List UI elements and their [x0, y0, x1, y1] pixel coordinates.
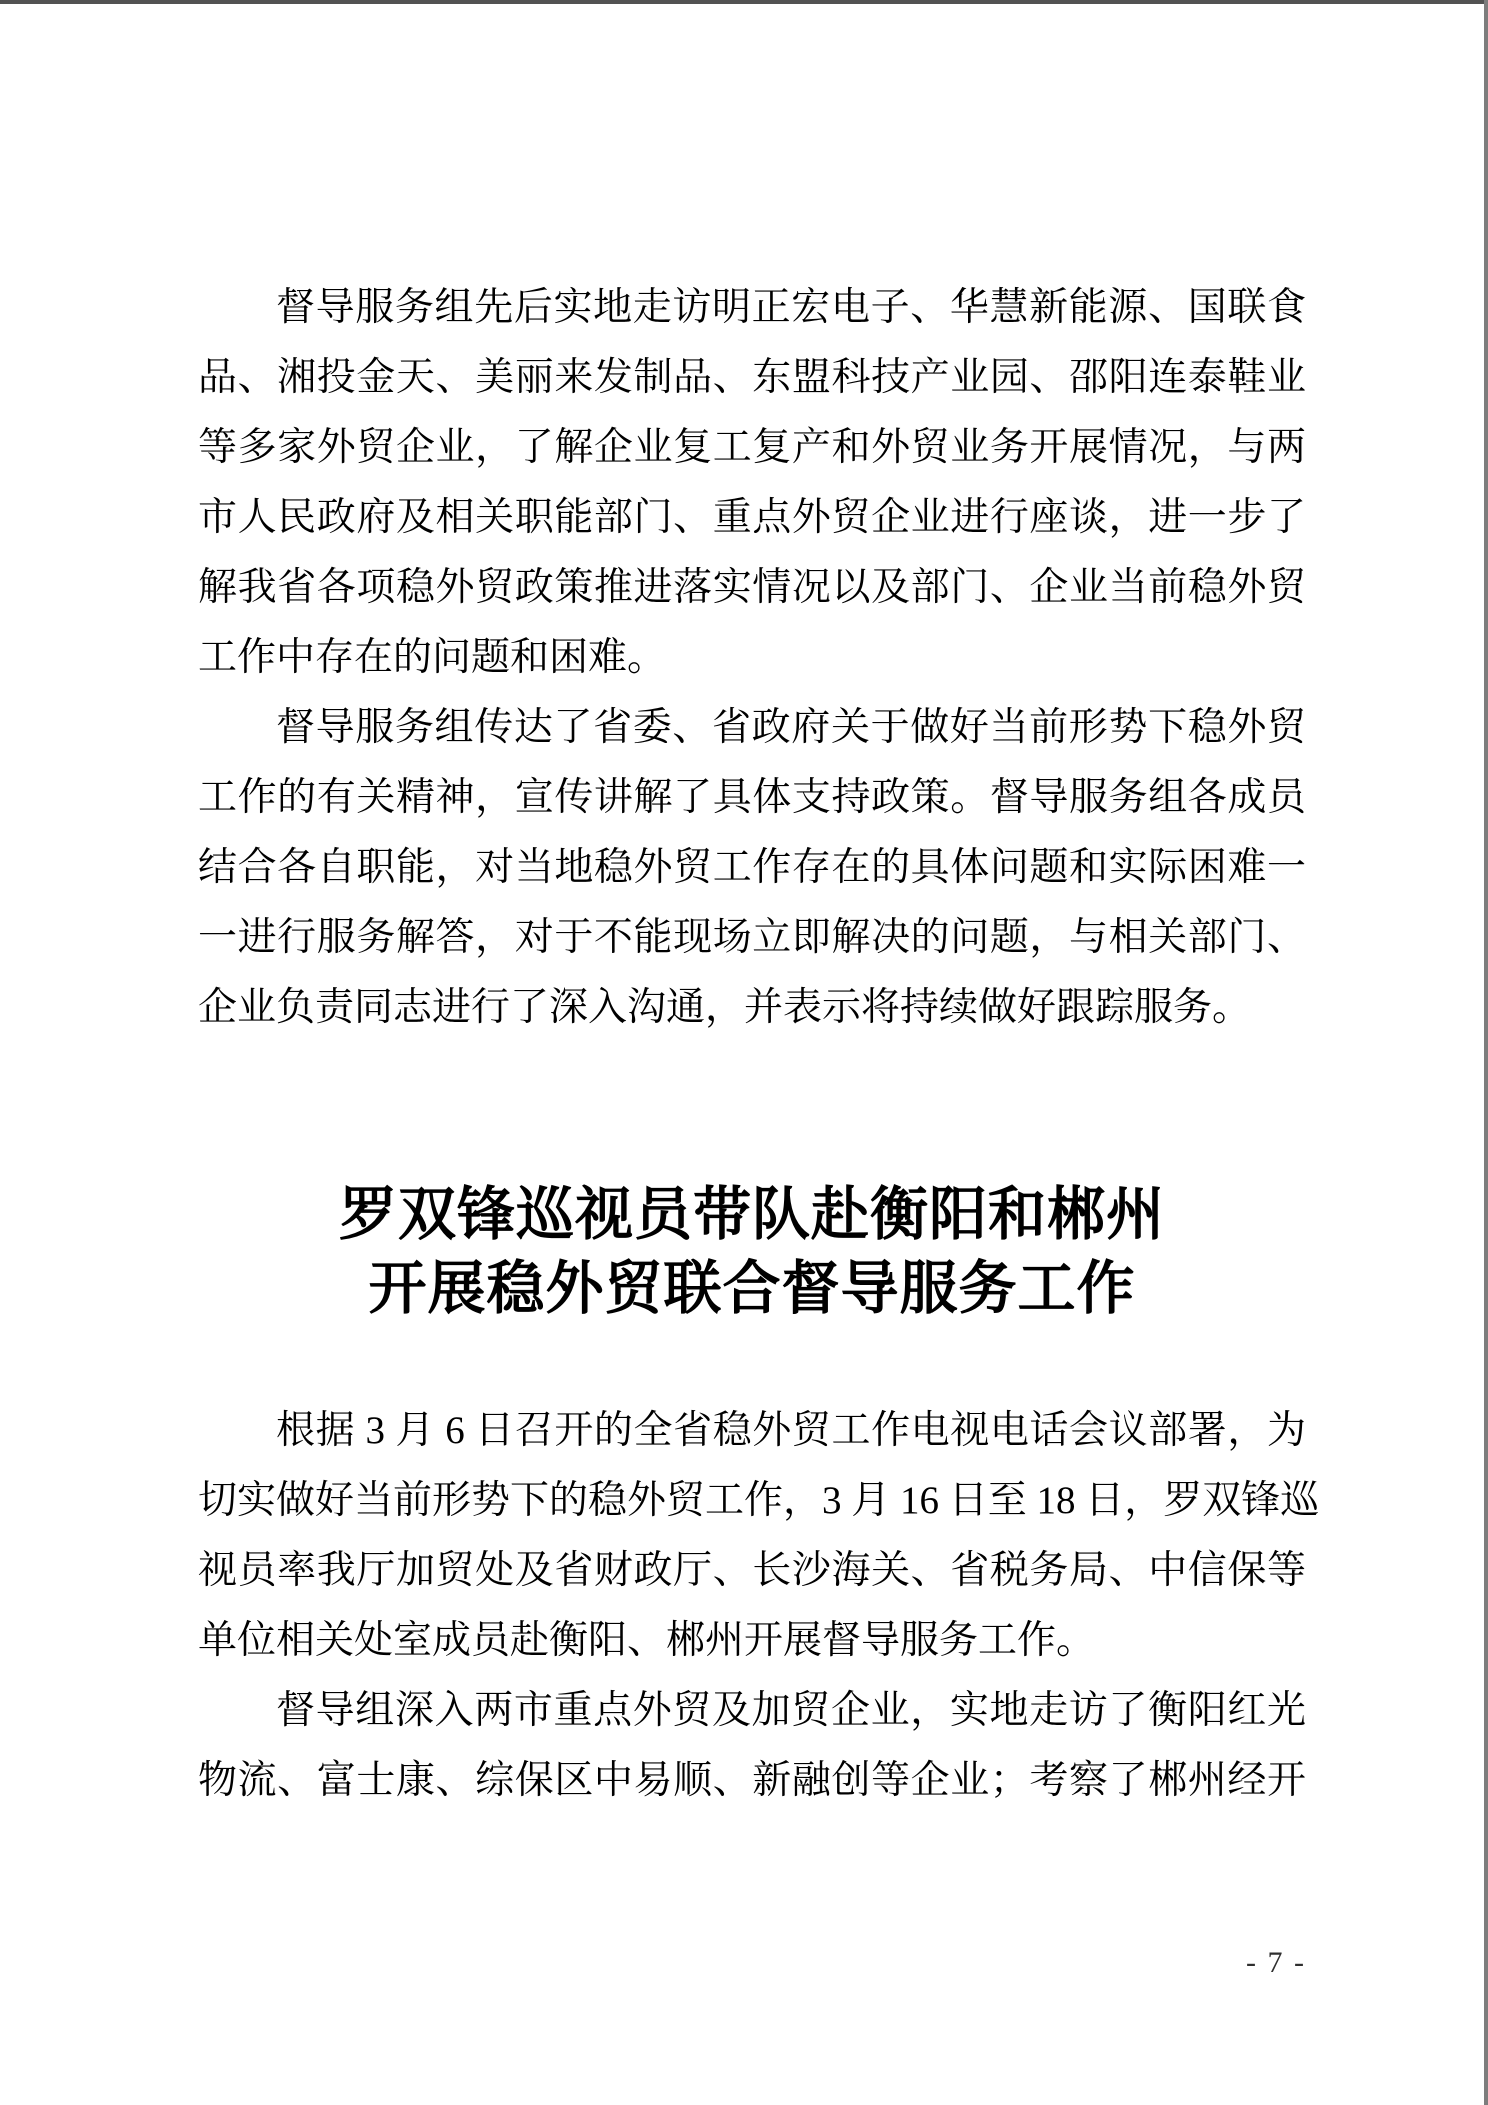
text-line: 工作的有关精神，宣传讲解了具体支持政策。督导服务组各成员	[198, 763, 1306, 833]
text-line: 工作中存在的问题和困难。	[198, 623, 1306, 693]
text-line: 结合各自职能，对当地稳外贸工作存在的具体问题和实际困难一	[198, 833, 1306, 903]
text-line: 单位相关处室成员赴衡阳、郴州开展督导服务工作。	[198, 1606, 1306, 1676]
document-page: 督导服务组先后实地走访明正宏电子、华慧新能源、国联食品、湘投金天、美丽来发制品、…	[0, 0, 1488, 2105]
text-line: 督导服务组传达了省委、省政府关于做好当前形势下稳外贸	[198, 693, 1306, 763]
page-number: - 7 -	[1246, 1948, 1306, 1978]
text-line: 物流、富士康、综保区中易顺、新融创等企业；考察了郴州经开	[198, 1746, 1306, 1816]
article-title-line: 开展稳外贸联合督导服务工作	[198, 1252, 1306, 1326]
text-line: 视员率我厅加贸处及省财政厅、长沙海关、省税务局、中信保等	[198, 1536, 1306, 1606]
page-content: 督导服务组先后实地走访明正宏电子、华慧新能源、国联食品、湘投金天、美丽来发制品、…	[198, 273, 1306, 1816]
body-paragraph: 根据 3 月 6 日召开的全省稳外贸工作电视电话会议部署，为切实做好当前形势下的…	[198, 1396, 1306, 1676]
body-paragraph: 督导服务组传达了省委、省政府关于做好当前形势下稳外贸工作的有关精神，宣传讲解了具…	[198, 693, 1306, 1043]
text-line: 市人民政府及相关职能部门、重点外贸企业进行座谈，进一步了	[198, 483, 1306, 553]
text-line: 一进行服务解答，对于不能现场立即解决的问题，与相关部门、	[198, 903, 1306, 973]
article-body: 根据 3 月 6 日召开的全省稳外贸工作电视电话会议部署，为切实做好当前形势下的…	[198, 1396, 1306, 1816]
article-title-line: 罗双锋巡视员带队赴衡阳和郴州	[198, 1178, 1306, 1252]
scan-right-edge	[1484, 0, 1488, 2105]
text-line: 根据 3 月 6 日召开的全省稳外贸工作电视电话会议部署，为	[198, 1396, 1306, 1466]
scan-top-edge	[0, 0, 1488, 4]
text-line: 解我省各项稳外贸政策推进落实情况以及部门、企业当前稳外贸	[198, 553, 1306, 623]
text-line: 企业负责同志进行了深入沟通，并表示将持续做好跟踪服务。	[198, 973, 1306, 1043]
body-paragraph: 督导组深入两市重点外贸及加贸企业，实地走访了衡阳红光物流、富士康、综保区中易顺、…	[198, 1676, 1306, 1816]
previous-article-body: 督导服务组先后实地走访明正宏电子、华慧新能源、国联食品、湘投金天、美丽来发制品、…	[198, 273, 1306, 1043]
text-line: 等多家外贸企业，了解企业复工复产和外贸业务开展情况，与两	[198, 413, 1306, 483]
text-line: 切实做好当前形势下的稳外贸工作，3 月 16 日至 18 日，罗双锋巡	[198, 1466, 1306, 1536]
text-line: 品、湘投金天、美丽来发制品、东盟科技产业园、邵阳连泰鞋业	[198, 343, 1306, 413]
article-title: 罗双锋巡视员带队赴衡阳和郴州 开展稳外贸联合督导服务工作	[198, 1178, 1306, 1326]
text-line: 督导组深入两市重点外贸及加贸企业，实地走访了衡阳红光	[198, 1676, 1306, 1746]
body-paragraph: 督导服务组先后实地走访明正宏电子、华慧新能源、国联食品、湘投金天、美丽来发制品、…	[198, 273, 1306, 693]
text-line: 督导服务组先后实地走访明正宏电子、华慧新能源、国联食	[198, 273, 1306, 343]
